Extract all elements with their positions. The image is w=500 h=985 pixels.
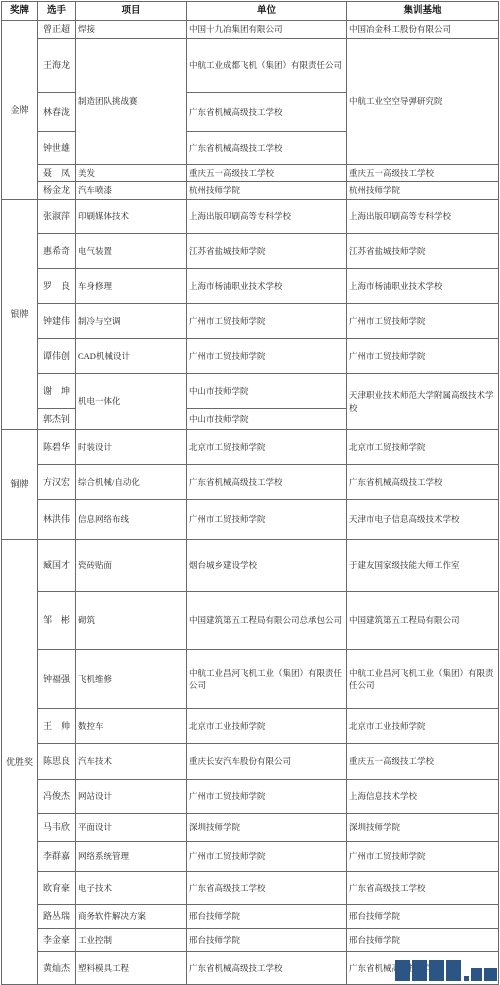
event-name: 时装设计 bbox=[76, 430, 187, 465]
medal-section-label: 优胜奖 bbox=[2, 540, 38, 985]
contestant-name: 聂 凤 bbox=[38, 165, 76, 182]
unit-name: 中山市技师学院 bbox=[187, 409, 347, 430]
unit-name: 烟台城乡建设学校 bbox=[187, 540, 347, 592]
base-name: 邢台技师学院 bbox=[347, 905, 499, 929]
event-name: 平面设计 bbox=[76, 814, 187, 842]
base-name: 天津市电子信息高级技术学校 bbox=[347, 500, 499, 540]
table-row: 李金豪 工业控制 邢台技师学院 邢台技师学院 bbox=[2, 929, 499, 952]
table-row: 谢 坤 机电一体化 中山市技师学院 天津职业技术师范大学附属高级技术学校 bbox=[2, 374, 499, 409]
unit-name: 中国建筑第五工程局有限公司总承包公司 bbox=[187, 592, 347, 650]
contestant-name: 钟建伟 bbox=[38, 304, 76, 339]
contestant-name: 谢 坤 bbox=[38, 374, 76, 409]
base-name: 广东省机械高级技工学校 bbox=[347, 465, 499, 500]
base-name: 重庆五一高级技工学校 bbox=[347, 744, 499, 780]
unit-name: 重庆长安汽车股份有限公司 bbox=[187, 744, 347, 780]
watermark-block bbox=[471, 968, 482, 981]
base-name: 深圳技师学院 bbox=[347, 814, 499, 842]
results-table: 奖牌 选手 项目 单位 集训基地 金牌 曾正超 焊接 中国十九冶集团有限公司 中… bbox=[1, 1, 499, 985]
contestant-name: 张淑萍 bbox=[38, 200, 76, 234]
event-name: 汽车技术 bbox=[76, 744, 187, 780]
table-row: 金牌 曾正超 焊接 中国十九冶集团有限公司 中国冶金科工股份有限公司 bbox=[2, 21, 499, 39]
contestant-name: 惠希奇 bbox=[38, 234, 76, 269]
unit-name: 中国十九冶集团有限公司 bbox=[187, 21, 347, 39]
table-row: 路丛瑞 商务软件解决方案 邢台技师学院 邢台技师学院 bbox=[2, 905, 499, 929]
medal-section-label: 铜牌 bbox=[2, 430, 38, 540]
unit-name: 广州市工贸技师学院 bbox=[187, 304, 347, 339]
unit-name: 北京市工贸技师学院 bbox=[187, 430, 347, 465]
base-name: 江苏省盐城技师学院 bbox=[347, 234, 499, 269]
medal-section-label: 银牌 bbox=[2, 200, 38, 430]
base-name: 重庆五一高级技工学校 bbox=[347, 165, 499, 182]
column-header-base: 集训基地 bbox=[347, 2, 499, 21]
contestant-name: 林春泷 bbox=[38, 93, 76, 132]
event-name: 网络系统管理 bbox=[76, 842, 187, 872]
contestant-name: 李金豪 bbox=[38, 929, 76, 952]
table-row: 李群嘉 网络系统管理 广州市工贸技师学院 广州市工贸技师学院 bbox=[2, 842, 499, 872]
event-name: 网站设计 bbox=[76, 780, 187, 814]
contestant-name: 郭杰钊 bbox=[38, 409, 76, 430]
table-row: 欧育豪 电子技术 广东省高级技工学校 广东省高级技工学校 bbox=[2, 872, 499, 905]
event-name: 机电一体化 bbox=[76, 374, 187, 430]
unit-name: 广东省机械高级技工学校 bbox=[187, 132, 347, 165]
medal-section-label: 金牌 bbox=[2, 21, 38, 200]
table-row: 钟建伟 制冷与空调 广州市工贸技师学院 广州市工贸技师学院 bbox=[2, 304, 499, 339]
event-name: 制造团队挑战赛 bbox=[76, 39, 187, 165]
contestant-name: 王海龙 bbox=[38, 39, 76, 93]
event-name: 印刷媒体技术 bbox=[76, 200, 187, 234]
table-row: 方汉宏 综合机械/自动化 广东省机械高级技工学校 广东省机械高级技工学校 bbox=[2, 465, 499, 500]
column-header-medal: 奖牌 bbox=[2, 2, 38, 21]
contestant-name: 杨金龙 bbox=[38, 182, 76, 200]
watermark-block bbox=[446, 960, 461, 981]
table-row: 陈思良 汽车技术 重庆长安汽车股份有限公司 重庆五一高级技工学校 bbox=[2, 744, 499, 780]
table-row: 谭伟创 CAD机械设计 广州市工贸技师学院 广州市工贸技师学院 bbox=[2, 339, 499, 374]
event-name: 美发 bbox=[76, 165, 187, 182]
contestant-name: 罗 良 bbox=[38, 269, 76, 304]
watermark-block bbox=[412, 960, 427, 981]
unit-name: 中航工业成都飞机（集团）有限责任公司 bbox=[187, 39, 347, 93]
unit-name: 广州市工贸技师学院 bbox=[187, 780, 347, 814]
event-name: CAD机械设计 bbox=[76, 339, 187, 374]
base-name: 广州市工贸技师学院 bbox=[347, 339, 499, 374]
table-row: 林洪伟 信息网络布线 广州市工贸技师学院 天津市电子信息高级技术学校 bbox=[2, 500, 499, 540]
base-name: 中国冶金科工股份有限公司 bbox=[347, 21, 499, 39]
contestant-name: 林洪伟 bbox=[38, 500, 76, 540]
contestant-name: 邹 彬 bbox=[38, 592, 76, 650]
column-header-event: 项目 bbox=[76, 2, 187, 21]
event-name: 电子技术 bbox=[76, 872, 187, 905]
site-logo-watermark bbox=[393, 960, 497, 981]
unit-name: 中航工业昌河飞机工业（集团）有限责任公司 bbox=[187, 650, 347, 709]
event-name: 数控车 bbox=[76, 709, 187, 744]
table-row: 聂 凤 美发 重庆五一高级技工学校 重庆五一高级技工学校 bbox=[2, 165, 499, 182]
unit-name: 广东省机械高级技工学校 bbox=[187, 93, 347, 132]
watermark-dot bbox=[464, 976, 469, 981]
unit-name: 邢台技师学院 bbox=[187, 929, 347, 952]
contestant-name: 钟世雄 bbox=[38, 132, 76, 165]
watermark-block bbox=[429, 960, 444, 981]
unit-name: 邢台技师学院 bbox=[187, 905, 347, 929]
contestant-name: 欧育豪 bbox=[38, 872, 76, 905]
unit-name: 重庆五一高级技工学校 bbox=[187, 165, 347, 182]
contestant-name: 陈碧华 bbox=[38, 430, 76, 465]
base-name: 中航工业昌河飞机工业（集团）有限责任公司 bbox=[347, 650, 499, 709]
table-row: 杨金龙 汽车喷漆 杭州技师学院 杭州技师学院 bbox=[2, 182, 499, 200]
contestant-name: 曾正超 bbox=[38, 21, 76, 39]
unit-name: 广州市工贸技师学院 bbox=[187, 500, 347, 540]
unit-name: 广东省高级技工学校 bbox=[187, 872, 347, 905]
base-name: 广州市工贸技师学院 bbox=[347, 304, 499, 339]
table-row: 惠希奇 电气装置 江苏省盐城技师学院 江苏省盐城技师学院 bbox=[2, 234, 499, 269]
unit-name: 上海出版印刷高等专科学校 bbox=[187, 200, 347, 234]
watermark-block bbox=[484, 968, 497, 981]
header-row: 奖牌 选手 项目 单位 集训基地 bbox=[2, 2, 499, 21]
unit-name: 广州市工贸技师学院 bbox=[187, 339, 347, 374]
unit-name: 江苏省盐城技师学院 bbox=[187, 234, 347, 269]
unit-name: 北京市工业技师学院 bbox=[187, 709, 347, 744]
base-name: 广州市工贸技师学院 bbox=[347, 842, 499, 872]
contestant-name: 钟福强 bbox=[38, 650, 76, 709]
base-name: 天津职业技术师范大学附属高级技术学校 bbox=[347, 374, 499, 430]
table-row: 优胜奖 臧国才 瓷砖贴面 烟台城乡建设学校 于建友国家级技能大师工作室 bbox=[2, 540, 499, 592]
base-name: 杭州技师学院 bbox=[347, 182, 499, 200]
event-name: 飞机维修 bbox=[76, 650, 187, 709]
table-row: 钟福强 飞机维修 中航工业昌河飞机工业（集团）有限责任公司 中航工业昌河飞机工业… bbox=[2, 650, 499, 709]
unit-name: 杭州技师学院 bbox=[187, 182, 347, 200]
contestant-name: 冯俊杰 bbox=[38, 780, 76, 814]
base-name: 上海出版印刷高等专科学校 bbox=[347, 200, 499, 234]
event-name: 瓷砖贴面 bbox=[76, 540, 187, 592]
contestant-name: 方汉宏 bbox=[38, 465, 76, 500]
unit-name: 广州市工贸技师学院 bbox=[187, 842, 347, 872]
contestant-name: 陈思良 bbox=[38, 744, 76, 780]
watermark-block bbox=[395, 960, 410, 981]
table-row: 银牌 张淑萍 印刷媒体技术 上海出版印刷高等专科学校 上海出版印刷高等专科学校 bbox=[2, 200, 499, 234]
event-name: 综合机械/自动化 bbox=[76, 465, 187, 500]
event-name: 电气装置 bbox=[76, 234, 187, 269]
base-name: 中航工业空空导弹研究院 bbox=[347, 39, 499, 165]
event-name: 商务软件解决方案 bbox=[76, 905, 187, 929]
contestant-name: 臧国才 bbox=[38, 540, 76, 592]
column-header-contestant: 选手 bbox=[38, 2, 76, 21]
event-name: 砌筑 bbox=[76, 592, 187, 650]
table-row: 王海龙 制造团队挑战赛 中航工业成都飞机（集团）有限责任公司 中航工业空空导弹研… bbox=[2, 39, 499, 93]
event-name: 工业控制 bbox=[76, 929, 187, 952]
contestant-name: 路丛瑞 bbox=[38, 905, 76, 929]
event-name: 焊接 bbox=[76, 21, 187, 39]
event-name: 信息网络布线 bbox=[76, 500, 187, 540]
unit-name: 广东省机械高级技工学校 bbox=[187, 952, 347, 985]
base-name: 上海信息技术学校 bbox=[347, 780, 499, 814]
base-name: 北京市工业技师学院 bbox=[347, 709, 499, 744]
unit-name: 上海市杨浦职业技术学校 bbox=[187, 269, 347, 304]
unit-name: 广东省机械高级技工学校 bbox=[187, 465, 347, 500]
contestant-name: 王 帅 bbox=[38, 709, 76, 744]
base-name: 于建友国家级技能大师工作室 bbox=[347, 540, 499, 592]
table-row: 马韦欣 平面设计 深圳技师学院 深圳技师学院 bbox=[2, 814, 499, 842]
unit-name: 深圳技师学院 bbox=[187, 814, 347, 842]
table-row: 冯俊杰 网站设计 广州市工贸技师学院 上海信息技术学校 bbox=[2, 780, 499, 814]
column-header-unit: 单位 bbox=[187, 2, 347, 21]
unit-name: 中山市技师学院 bbox=[187, 374, 347, 409]
event-name: 塑料模具工程 bbox=[76, 952, 187, 985]
base-name: 广东省高级技工学校 bbox=[347, 872, 499, 905]
table-row: 铜牌 陈碧华 时装设计 北京市工贸技师学院 北京市工贸技师学院 bbox=[2, 430, 499, 465]
event-name: 车身修理 bbox=[76, 269, 187, 304]
contestant-name: 黄灿杰 bbox=[38, 952, 76, 985]
event-name: 汽车喷漆 bbox=[76, 182, 187, 200]
base-name: 中国建筑第五工程局有限公司 bbox=[347, 592, 499, 650]
contestant-name: 谭伟创 bbox=[38, 339, 76, 374]
table-row: 王 帅 数控车 北京市工业技师学院 北京市工业技师学院 bbox=[2, 709, 499, 744]
base-name: 邢台技师学院 bbox=[347, 929, 499, 952]
base-name: 上海市杨浦职业技术学校 bbox=[347, 269, 499, 304]
table-row: 邹 彬 砌筑 中国建筑第五工程局有限公司总承包公司 中国建筑第五工程局有限公司 bbox=[2, 592, 499, 650]
contestant-name: 李群嘉 bbox=[38, 842, 76, 872]
base-name: 北京市工贸技师学院 bbox=[347, 430, 499, 465]
contestant-name: 马韦欣 bbox=[38, 814, 76, 842]
event-name: 制冷与空调 bbox=[76, 304, 187, 339]
table-row: 罗 良 车身修理 上海市杨浦职业技术学校 上海市杨浦职业技术学校 bbox=[2, 269, 499, 304]
